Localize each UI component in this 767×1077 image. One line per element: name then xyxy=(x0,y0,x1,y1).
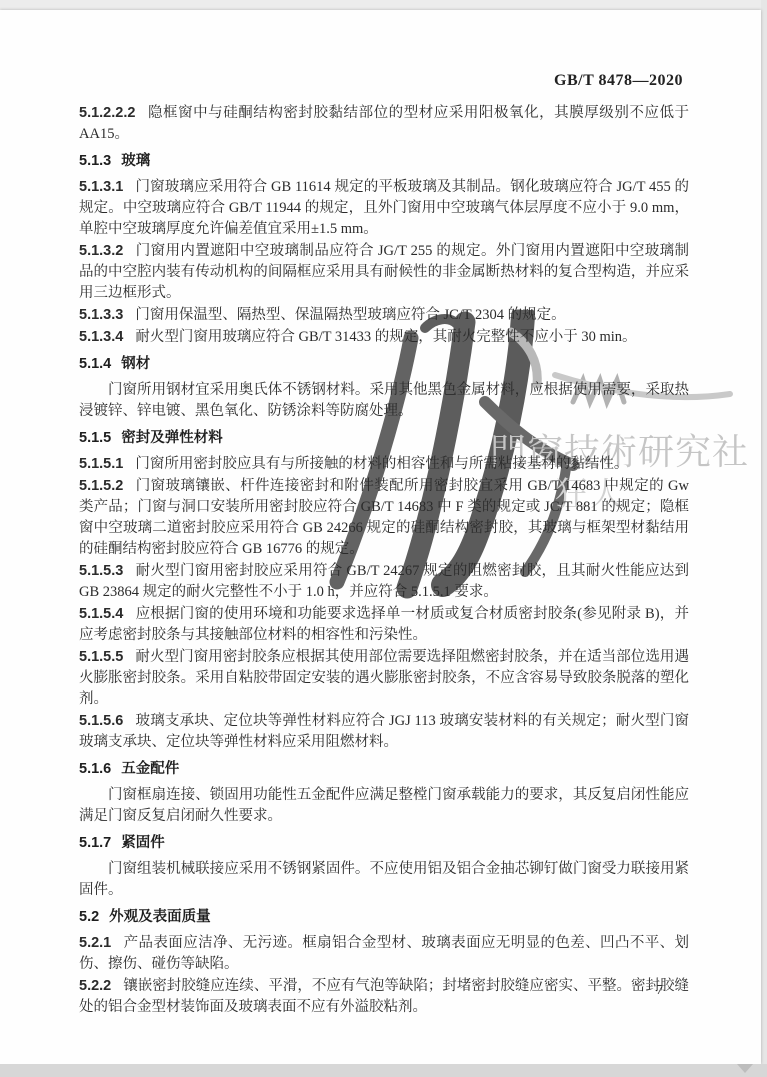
clause-paragraph: 5.1.5.4应根据门窗的使用环境和功能要求选择单一材质或复合材质密封胶条(参见… xyxy=(79,604,689,646)
clause-paragraph: 5.1.5.1门窗所用密封胶应具有与所接触的材料的相容性和与所需粘接基材的黏结性… xyxy=(79,454,689,475)
scan-margin-bottom xyxy=(0,1064,767,1077)
scanned-standard-page-view: { "document": { "header": "GB/T 8478—202… xyxy=(0,0,767,1077)
clause-paragraph: 5.1.3.2门窗用内置遮阳中空玻璃制品应符合 JG/T 255 的规定。外门窗… xyxy=(79,241,689,304)
section-heading: 5.2外观及表面质量 xyxy=(79,907,689,928)
document-page: 門窗技術研究社 狂人 GB/T 8478—2020 5.1.2.2.2隐框窗中与… xyxy=(0,10,761,1064)
clause-text: 门窗所用钢材宜采用奥氏体不锈钢材料。采用其他黑色金属材料，应根据使用需要，采取热… xyxy=(79,382,689,419)
clause-text: 门窗所用密封胶应具有与所接触的材料的相容性和与所需粘接基材的黏结性。 xyxy=(135,456,628,472)
clause-number: 5.1.5.6 xyxy=(79,713,135,729)
clause-number: 5.1.5.3 xyxy=(79,563,135,579)
clause-text: 钢材 xyxy=(121,356,150,372)
clause-text: 门窗用内置遮阳中空玻璃制品应符合 JG/T 255 的规定。外门窗用内置遮阳中空… xyxy=(79,243,689,301)
section-heading: 5.1.5密封及弹性材料 xyxy=(79,428,689,449)
clause-text: 门窗玻璃镶嵌、杆件连接密封和附件装配所用密封胶宜采用 GB/T 14683 中规… xyxy=(79,478,689,557)
clause-text: 耐火型门窗用密封胶条应根据其使用部位需要选择阻燃密封胶条，并在适当部位选用遇火膨… xyxy=(79,649,689,707)
clause-number: 5.1.5.4 xyxy=(79,606,135,622)
clause-number: 5.1.3.2 xyxy=(79,243,135,259)
clause-paragraph: 5.1.3.1门窗玻璃应采用符合 GB 11614 规定的平板玻璃及其制品。钢化… xyxy=(79,177,689,240)
clause-text: 外观及表面质量 xyxy=(109,909,211,925)
clause-paragraph: 5.1.3.4耐火型门窗用玻璃应符合 GB/T 31433 的规定，其耐火完整性… xyxy=(79,327,689,348)
clause-paragraph: 5.1.3.3门窗用保温型、隔热型、保温隔热型玻璃应符合 JC/T 2304 的… xyxy=(79,305,689,326)
document-body: 5.1.2.2.2隐框窗中与硅酮结构密封胶黏结部位的型材应采用阳极氧化，其膜厚级… xyxy=(79,102,689,1018)
clause-text: 产品表面应洁净、无污迹。框扇铝合金型材、玻璃表面应无明显的色差、凹凸不平、划伤、… xyxy=(79,935,689,972)
section-heading: 5.1.7紧固件 xyxy=(79,833,689,854)
clause-text: 应根据门窗的使用环境和功能要求选择单一材质或复合材质密封胶条(参见附录 B)，并… xyxy=(79,606,689,643)
clause-paragraph: 5.1.5.6玻璃支承块、定位块等弹性材料应符合 JGJ 113 玻璃安装材料的… xyxy=(79,711,689,753)
clause-paragraph: 5.2.2镶嵌密封胶缝应连续、平滑，不应有气泡等缺陷；封堵密封胶缝应密实、平整。… xyxy=(79,976,689,1018)
scan-margin-right xyxy=(761,0,767,1077)
clause-paragraph: 5.1.5.2门窗玻璃镶嵌、杆件连接密封和附件装配所用密封胶宜采用 GB/T 1… xyxy=(79,476,689,560)
chevron-down-icon[interactable] xyxy=(737,1064,753,1073)
page-number: 7 xyxy=(656,983,663,999)
clause-number: 5.1.3 xyxy=(79,153,121,169)
clause-text: 密封及弹性材料 xyxy=(121,430,223,446)
section-heading: 5.1.3玻璃 xyxy=(79,151,689,172)
section-heading: 5.1.4钢材 xyxy=(79,354,689,375)
clause-number: 5.1.5 xyxy=(79,430,121,446)
clause-number: 5.1.5.2 xyxy=(79,478,135,494)
clause-number: 5.1.3.4 xyxy=(79,329,135,345)
clause-text: 门窗用保温型、隔热型、保温隔热型玻璃应符合 JC/T 2304 的规定。 xyxy=(135,307,565,323)
clause-text: 门窗组装机械联接应采用不锈钢紧固件。不应使用铝及铝合金抽芯铆钉做门窗受力联接用紧… xyxy=(79,861,689,898)
clause-text: 玻璃 xyxy=(121,153,150,169)
clause-paragraph: 5.1.5.3耐火型门窗用密封胶应采用符合 GB/T 24267 规定的阻燃密封… xyxy=(79,561,689,603)
clause-number: 5.2.1 xyxy=(79,935,123,951)
clause-number: 5.1.3.1 xyxy=(79,179,135,195)
clause-text: 门窗框扇连接、锁固用功能性五金配件应满足整樘门窗承载能力的要求，其反复启闭性能应… xyxy=(79,787,689,824)
clause-text: 耐火型门窗用玻璃应符合 GB/T 31433 的规定，其耐火完整性不应小于 30… xyxy=(135,329,636,345)
clause-text: 门窗玻璃应采用符合 GB 11614 规定的平板玻璃及其制品。钢化玻璃应符合 J… xyxy=(79,179,689,237)
clause-paragraph: 门窗所用钢材宜采用奥氏体不锈钢材料。采用其他黑色金属材料，应根据使用需要，采取热… xyxy=(79,380,689,422)
section-heading: 5.1.6五金配件 xyxy=(79,759,689,780)
clause-paragraph: 5.2.1产品表面应洁净、无污迹。框扇铝合金型材、玻璃表面应无明显的色差、凹凸不… xyxy=(79,933,689,975)
clause-number: 5.2.2 xyxy=(79,978,123,994)
clause-text: 五金配件 xyxy=(121,761,179,777)
clause-number: 5.1.5.5 xyxy=(79,649,135,665)
clause-number: 5.2 xyxy=(79,909,109,925)
standard-number-header: GB/T 8478—2020 xyxy=(554,72,683,90)
scan-margin-top xyxy=(0,0,767,10)
clause-number: 5.1.6 xyxy=(79,761,121,777)
clause-number: 5.1.4 xyxy=(79,356,121,372)
clause-text: 隐框窗中与硅酮结构密封胶黏结部位的型材应采用阳极氧化，其膜厚级别不应低于 AA1… xyxy=(79,105,689,142)
clause-text: 镶嵌密封胶缝应连续、平滑，不应有气泡等缺陷；封堵密封胶缝应密实、平整。密封胶缝处… xyxy=(79,978,689,1015)
clause-paragraph: 门窗组装机械联接应采用不锈钢紧固件。不应使用铝及铝合金抽芯铆钉做门窗受力联接用紧… xyxy=(79,859,689,901)
clause-number: 5.1.7 xyxy=(79,835,121,851)
clause-paragraph: 门窗框扇连接、锁固用功能性五金配件应满足整樘门窗承载能力的要求，其反复启闭性能应… xyxy=(79,785,689,827)
clause-number: 5.1.5.1 xyxy=(79,456,135,472)
clause-paragraph: 5.1.5.5耐火型门窗用密封胶条应根据其使用部位需要选择阻燃密封胶条，并在适当… xyxy=(79,647,689,710)
clause-text: 紧固件 xyxy=(121,835,165,851)
clause-text: 耐火型门窗用密封胶应采用符合 GB/T 24267 规定的阻燃密封胶，且其耐火性… xyxy=(79,563,689,600)
clause-text: 玻璃支承块、定位块等弹性材料应符合 JGJ 113 玻璃安装材料的有关规定；耐火… xyxy=(79,713,689,750)
clause-paragraph: 5.1.2.2.2隐框窗中与硅酮结构密封胶黏结部位的型材应采用阳极氧化，其膜厚级… xyxy=(79,103,689,145)
clause-number: 5.1.3.3 xyxy=(79,307,135,323)
clause-number: 5.1.2.2.2 xyxy=(79,105,147,121)
